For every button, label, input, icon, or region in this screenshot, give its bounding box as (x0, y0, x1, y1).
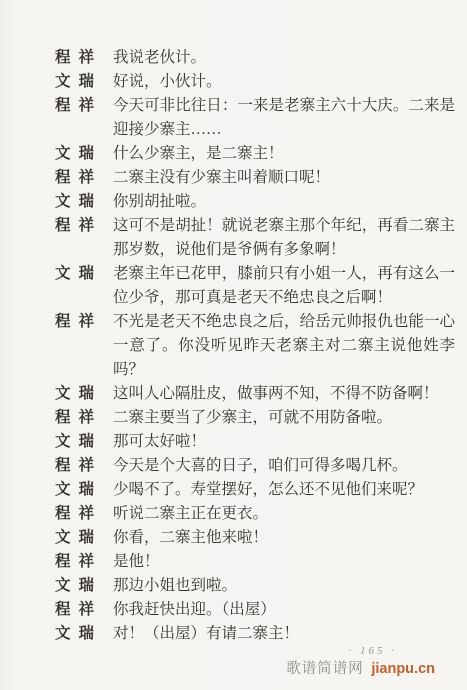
dialogue-row: 文瑞 什么少寨主，是二寨主！ (55, 142, 455, 166)
speech-text: 这可不是胡扯！就说老寨主那个年纪，再看二寨主那岁数，说他们是爷俩有多象啊！ (113, 214, 455, 262)
speech-text: 我说老伙计。 (113, 46, 455, 70)
dialogue-row: 程祥 今天可非比往日：一来是老寨主六十大庆。二来是迎接少寨主…… (55, 94, 455, 142)
dialogue-row: 程祥 你我赶快出迎。（出屋） (55, 598, 455, 622)
speech-text: 听说二寨主正在更衣。 (113, 502, 455, 526)
speaker-name: 程祥 (55, 214, 113, 238)
speaker-name: 程祥 (55, 598, 113, 622)
dialogue-row: 文瑞 这叫人心隔肚皮，做事两不知，不得不防备啊！ (55, 382, 455, 406)
dialogue-row: 文瑞 老寨主年已花甲，膝前只有小姐一人，再有这么一位少爷，那可真是老天不绝忠良之… (55, 262, 455, 310)
speech-text: 是他！ (113, 550, 455, 574)
speaker-name: 程祥 (55, 406, 113, 430)
speaker-name: 程祥 (55, 94, 113, 118)
speech-text: 这叫人心隔肚皮，做事两不知，不得不防备啊！ (113, 382, 455, 406)
watermark: 歌谱简谱网 jianpu.cn (286, 660, 435, 678)
speaker-name: 文瑞 (55, 478, 113, 502)
speech-text: 那可太好啦！ (113, 430, 455, 454)
dialogue-row: 文瑞 那可太好啦！ (55, 430, 455, 454)
watermark-site-name: 歌谱简谱网 (286, 661, 364, 677)
dialogue-row: 程祥 不光是老天不绝忠良之后，给岳元帅报仇也能一心一意了。你没听见昨天老寨主对二… (55, 310, 455, 382)
dialogue-row: 程祥 是他！ (55, 550, 455, 574)
speaker-name: 文瑞 (55, 262, 113, 286)
dialogue-block: 程祥 我说老伙计。 文瑞 好说，小伙计。 程祥 今天可非比往日：一来是老寨主六十… (0, 0, 467, 646)
dialogue-row: 程祥 这可不是胡扯！就说老寨主那个年纪，再看二寨主那岁数，说他们是爷俩有多象啊！ (55, 214, 455, 262)
speech-text: 好说，小伙计。 (113, 70, 455, 94)
speaker-name: 程祥 (55, 550, 113, 574)
speaker-name: 文瑞 (55, 574, 113, 598)
speaker-name: 文瑞 (55, 526, 113, 550)
dialogue-row: 程祥 二寨主没有少寨主叫着顺口呢！ (55, 166, 455, 190)
speaker-name: 程祥 (55, 454, 113, 478)
speech-text: 二寨主没有少寨主叫着顺口呢！ (113, 166, 455, 190)
speech-text: 那边小姐也到啦。 (113, 574, 455, 598)
speaker-name: 文瑞 (55, 70, 113, 94)
speaker-name: 文瑞 (55, 622, 113, 646)
speaker-name: 程祥 (55, 502, 113, 526)
speaker-name: 文瑞 (55, 382, 113, 406)
dialogue-row: 程祥 我说老伙计。 (55, 46, 455, 70)
dialogue-row: 文瑞 你别胡扯啦。 (55, 190, 455, 214)
dialogue-row: 程祥 今天是个大喜的日子，咱们可得多喝几杯。 (55, 454, 455, 478)
speaker-name: 程祥 (55, 166, 113, 190)
dialogue-row: 文瑞 好说，小伙计。 (55, 70, 455, 94)
dialogue-row: 程祥 二寨主要当了少寨主，可就不用防备啦。 (55, 406, 455, 430)
speech-text: 你别胡扯啦。 (113, 190, 455, 214)
watermark-domain: jianpu.cn (371, 661, 435, 677)
scanned-script-page: 程祥 我说老伙计。 文瑞 好说，小伙计。 程祥 今天可非比往日：一来是老寨主六十… (0, 0, 467, 690)
dialogue-row: 程祥 听说二寨主正在更衣。 (55, 502, 455, 526)
speaker-name: 文瑞 (55, 430, 113, 454)
speech-text: 什么少寨主，是二寨主！ (113, 142, 455, 166)
speech-text: 对！（出屋）有请二寨主！ (113, 622, 455, 646)
dialogue-row: 文瑞 对！（出屋）有请二寨主！ (55, 622, 455, 646)
dialogue-row: 文瑞 少喝不了。寿堂摆好，怎么还不见他们来呢？ (55, 478, 455, 502)
speaker-name: 文瑞 (55, 190, 113, 214)
speech-text: 二寨主要当了少寨主，可就不用防备啦。 (113, 406, 455, 430)
speech-text: 少喝不了。寿堂摆好，怎么还不见他们来呢？ (113, 478, 455, 502)
speech-text: 今天是个大喜的日子，咱们可得多喝几杯。 (113, 454, 455, 478)
speech-text: 不光是老天不绝忠良之后，给岳元帅报仇也能一心一意了。你没听见昨天老寨主对二寨主说… (113, 310, 455, 382)
speaker-name: 程祥 (55, 310, 113, 334)
speaker-name: 程祥 (55, 46, 113, 70)
dialogue-row: 文瑞 你看，二寨主他来啦！ (55, 526, 455, 550)
page-number: · 165 · (349, 644, 398, 658)
speech-text: 老寨主年已花甲，膝前只有小姐一人，再有这么一位少爷，那可真是老天不绝忠良之后啊！ (113, 262, 455, 310)
speaker-name: 文瑞 (55, 142, 113, 166)
speech-text: 今天可非比往日：一来是老寨主六十大庆。二来是迎接少寨主…… (113, 94, 455, 142)
dialogue-row: 文瑞 那边小姐也到啦。 (55, 574, 455, 598)
speech-text: 你我赶快出迎。（出屋） (113, 598, 455, 622)
speech-text: 你看，二寨主他来啦！ (113, 526, 455, 550)
